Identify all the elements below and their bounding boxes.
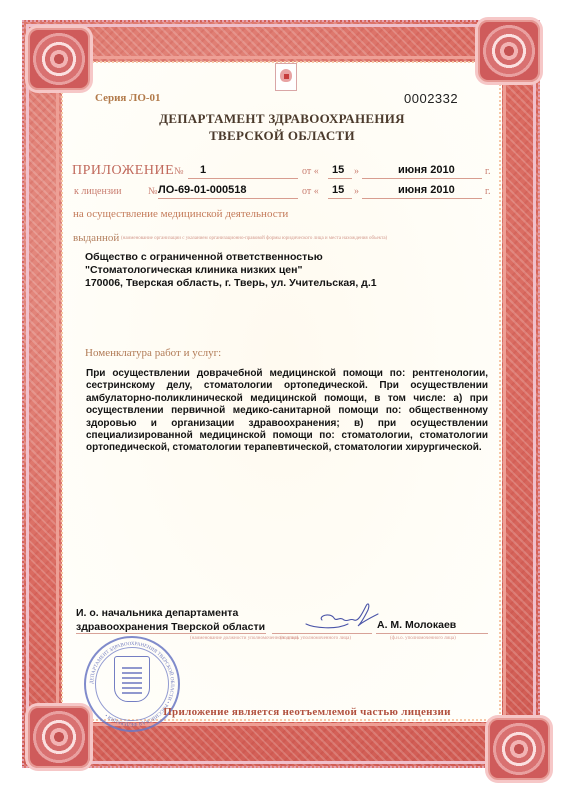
license-year-suffix: г.	[485, 186, 490, 197]
signer-name: А. М. Молокаев	[377, 619, 456, 631]
name-line	[376, 633, 488, 634]
appendix-number-field: 1	[188, 164, 298, 179]
signer-title-line1: И. о. начальника департамента	[76, 607, 238, 619]
corner-rosette-icon	[488, 718, 550, 780]
license-from-label: от «	[302, 186, 319, 197]
corner-rosette-icon	[28, 28, 90, 90]
nomenclature-label: Номенклатура работ и услуг:	[85, 347, 221, 359]
signature-caption: (подпись уполномоченного лица)	[280, 636, 351, 641]
organization-name: "Стоматологическая клиника низких цен"	[85, 264, 302, 276]
department-title: ДЕПАРТАМЕНТ ЗДРАВООХРАНЕНИЯ	[62, 111, 502, 127]
license-number-sign: №	[148, 186, 158, 197]
appendix-month-year: июня 2010	[362, 164, 455, 176]
handwritten-signature	[296, 598, 380, 634]
organization-type: Общество с ограниченной ответственностью	[85, 251, 323, 263]
appendix-date-field: июня 2010	[362, 164, 482, 179]
license-day-close: »	[354, 186, 359, 197]
appendix-label: ПРИЛОЖЕНИЕ	[72, 163, 174, 179]
license-day-field: 15	[328, 184, 352, 199]
appendix-number: 1	[188, 164, 206, 176]
appendix-footer-note: Приложение является неотъемлемой частью …	[147, 706, 467, 718]
activity-type: на осуществление медицинской деятельност…	[73, 208, 288, 220]
department-region: ТВЕРСКОЙ ОБЛАСТИ	[62, 128, 502, 144]
series-label: Серия ЛО-01	[95, 92, 161, 104]
signer-title-line2: здравоохранения Тверской области	[76, 621, 265, 633]
corner-rosette-icon	[28, 706, 90, 768]
corner-rosette-icon	[478, 20, 540, 82]
license-date-field: июня 2010	[362, 184, 482, 199]
license-label: к лицензии	[74, 186, 122, 197]
serial-number: 0002332	[404, 91, 458, 106]
appendix-day: 15	[328, 164, 344, 176]
license-month-year: июня 2010	[362, 184, 455, 196]
license-number-field: ЛО-69-01-000518	[158, 184, 298, 199]
appendix-from-label: от «	[302, 166, 319, 177]
appendix-day-field: 15	[328, 164, 352, 179]
organization-address: 170006, Тверская область, г. Тверь, ул. …	[85, 277, 377, 289]
nomenclature-text: При осуществлении доврачебной медицинско…	[86, 368, 488, 455]
title-line	[76, 633, 266, 634]
appendix-year-suffix: г.	[485, 166, 490, 177]
license-number: ЛО-69-01-000518	[158, 184, 246, 196]
license-day: 15	[328, 184, 344, 196]
appendix-number-sign: №	[174, 166, 184, 177]
appendix-day-close: »	[354, 166, 359, 177]
name-caption: (ф.и.о. уполномоченного лица)	[390, 636, 456, 641]
throne-icon	[122, 664, 142, 694]
issued-label: выданной	[73, 232, 119, 244]
issued-caption: (наименование организации с указанием ор…	[121, 236, 387, 241]
russian-coat-of-arms-icon	[275, 63, 297, 91]
